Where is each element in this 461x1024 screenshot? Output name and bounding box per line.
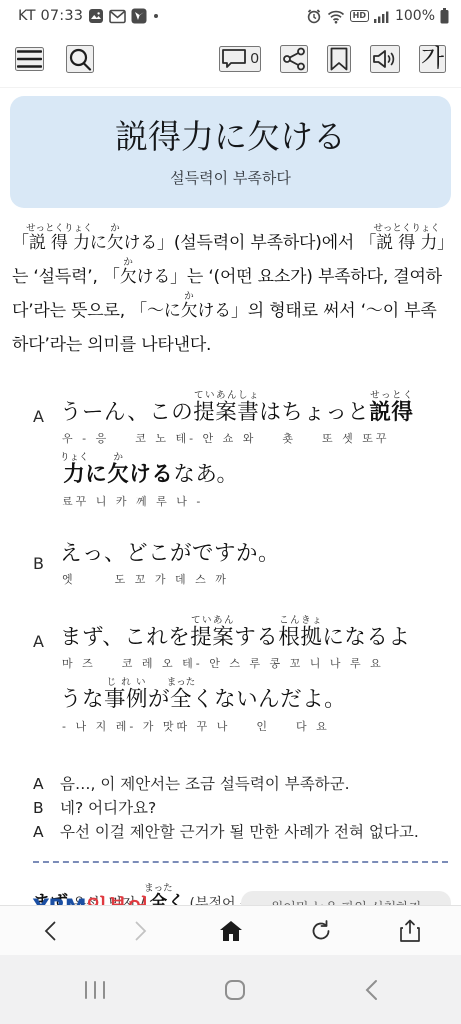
text-segment: に bbox=[90, 233, 107, 253]
text-segment: うな bbox=[60, 687, 104, 712]
back-chevron-icon[interactable] bbox=[364, 979, 378, 1001]
text-segment: 欠か bbox=[181, 301, 198, 321]
dialogue-entry: Aまず、これを提案ていあんする根拠こんきょになるよ마 즈 코 레 오 테- 안 … bbox=[33, 615, 451, 734]
more-notifications-dot bbox=[154, 14, 158, 18]
dashed-separator bbox=[33, 861, 448, 863]
recents-icon[interactable] bbox=[84, 981, 106, 999]
text-segment: くないんだよ。 bbox=[192, 687, 346, 712]
speaker-label: B bbox=[33, 537, 60, 587]
share-up-icon[interactable] bbox=[399, 919, 421, 943]
dialogue-line: うーん、この提案書ていあんしょはちょっと説得せっとく우 - 응 코 노 테- 안… bbox=[60, 390, 451, 446]
dialogue-section: Aうーん、この提案書ていあんしょはちょっと説得せっとく우 - 응 코 노 테- … bbox=[0, 390, 461, 734]
text-segment: になるよ bbox=[322, 625, 410, 650]
translation-section: A음…, 이 제안서는 조금 설득력이 부족하군.B네? 어디가요?A우선 이걸… bbox=[33, 772, 447, 844]
translation-row: A음…, 이 제안서는 조금 설득력이 부족하군. bbox=[33, 772, 447, 796]
text-segment: 欠か bbox=[107, 233, 124, 253]
comment-icon[interactable]: 0 bbox=[219, 46, 260, 72]
gallery-icon bbox=[88, 8, 104, 24]
forward-icon[interactable] bbox=[129, 920, 151, 942]
text-segment: はちょっと bbox=[259, 400, 369, 425]
dialogue-japanese-text: 力りょくに欠かけるなあ。 bbox=[60, 452, 451, 491]
text-segment: まず、これを bbox=[60, 625, 190, 650]
site-logo-main: YBM bbox=[33, 896, 86, 905]
dialogue-entry: Bえっ、どこがですか。엣 도 꼬 가 데 스 까 bbox=[33, 537, 451, 587]
battery-percent-label: 100% bbox=[395, 8, 435, 24]
text-segment: 説得せっとく bbox=[369, 400, 413, 425]
menu-icon[interactable] bbox=[15, 47, 44, 71]
text-segment: なあ。 bbox=[173, 462, 238, 487]
translation-row: A우선 이걸 제안할 근거가 될 만한 사례가 전혀 없다고. bbox=[33, 820, 447, 844]
text-segment: 欠か bbox=[120, 267, 137, 287]
translation-text: 우선 이걸 제안할 근거가 될 만한 사례가 전혀 없다고. bbox=[60, 820, 419, 844]
text-segment: 力りょく bbox=[60, 462, 85, 487]
hd-badge: HD bbox=[350, 10, 369, 22]
text-segment: 事例じれい bbox=[104, 687, 148, 712]
bookmark-icon[interactable] bbox=[327, 45, 351, 73]
dialogue-line: うな事例じれいが全まったくないんだよ。- 나 지 레- 가 맛따 꾸 나 인 다… bbox=[60, 677, 451, 733]
dialogue-japanese-text: うーん、この提案書ていあんしょはちょっと説得せっとく bbox=[60, 390, 451, 429]
dialogue-japanese-text: うな事例じれいが全まったくないんだよ。 bbox=[60, 677, 451, 716]
text-segment: ける bbox=[129, 462, 173, 487]
translation-speaker: A bbox=[33, 772, 60, 796]
gmail-icon bbox=[109, 9, 126, 24]
back-icon[interactable] bbox=[40, 920, 62, 942]
site-logo[interactable]: YBM일본어 bbox=[33, 891, 148, 905]
translation-row: B네? 어디가요? bbox=[33, 796, 447, 820]
dialogue-line: 力りょくに欠かけるなあ。료꾸 니 카 께 루 나 - bbox=[60, 452, 451, 508]
battery-icon bbox=[440, 8, 449, 24]
dialogue-line: まず、これを提案ていあんする根拠こんきょになるよ마 즈 코 레 오 테- 안 스… bbox=[60, 615, 451, 671]
text-segment: 欠か bbox=[107, 462, 129, 487]
dialogue-line: えっ、どこがですか。엣 도 꼬 가 데 스 까 bbox=[60, 537, 451, 587]
signal-icon bbox=[374, 10, 390, 23]
site-logo-sub: 일본어 bbox=[86, 896, 148, 905]
browser-toolbar: 0 가 bbox=[0, 30, 461, 88]
lesson-title: 説得力に欠ける bbox=[18, 111, 443, 158]
dialogue-lines: まず、これを提案ていあんする根拠こんきょになるよ마 즈 코 레 오 테- 안 스… bbox=[60, 615, 451, 734]
partial-cta-button[interactable]: 원어민 녹음 파일 신청하기 bbox=[241, 891, 451, 905]
text-segment: 根拠こんきょ bbox=[278, 625, 322, 650]
text-segment: する bbox=[234, 625, 278, 650]
comment-count: 0 bbox=[250, 50, 258, 67]
dialogue-pronunciation: 엣 도 꼬 가 데 스 까 bbox=[62, 571, 451, 587]
dialogue-lines: えっ、どこがですか。엣 도 꼬 가 데 스 까 bbox=[60, 537, 451, 587]
dialogue-japanese-text: まず、これを提案ていあんする根拠こんきょになるよ bbox=[60, 615, 451, 654]
status-bar: KT 07:33 HD 100% bbox=[0, 0, 461, 30]
text-segment: 提案書ていあんしょ bbox=[193, 400, 259, 425]
speaker-icon[interactable] bbox=[370, 45, 400, 73]
text-segment: 全まった bbox=[170, 687, 192, 712]
text-segment: 説得力せっとくりょく bbox=[376, 233, 437, 253]
search-icon[interactable] bbox=[66, 45, 94, 73]
text-segment: 提案ていあん bbox=[190, 625, 234, 650]
lesson-title-card: 説得力に欠ける 설득력이 부족하다 bbox=[10, 96, 451, 208]
text-segment: に bbox=[85, 462, 107, 487]
dialogue-pronunciation: 마 즈 코 레 오 테- 안 스 루 콩 꼬 니 나 루 요 bbox=[62, 655, 451, 671]
browser-nav-bar bbox=[0, 905, 461, 955]
page-content[interactable]: 説得力に欠ける 설득력이 부족하다 「説得力せっとくりょくに欠かける」(설득력이… bbox=[0, 89, 461, 905]
wifi-icon bbox=[327, 9, 345, 24]
translation-text: 음…, 이 제안서는 조금 설득력이 부족하군. bbox=[60, 772, 350, 796]
text-segment: うーん、この bbox=[60, 400, 193, 425]
speaker-label: A bbox=[33, 615, 60, 734]
alarm-icon bbox=[306, 8, 322, 24]
font-size-button[interactable]: 가 bbox=[419, 45, 446, 73]
dialogue-entry: Aうーん、この提案書ていあんしょはちょっと説得せっとく우 - 응 코 노 테- … bbox=[33, 390, 451, 509]
home-icon[interactable] bbox=[219, 920, 243, 942]
video-app-icon bbox=[131, 8, 147, 24]
dialogue-pronunciation: - 나 지 레- 가 맛따 꾸 나 인 다 요 bbox=[62, 718, 451, 734]
refresh-icon[interactable] bbox=[310, 920, 332, 942]
lesson-explanation: 「説得力せっとくりょくに欠かける」(설득력이 부족하다)에서 「説得力せっとくり… bbox=[12, 223, 449, 362]
text-segment: ける」(설득력이 부족하다)에서 「 bbox=[123, 233, 376, 253]
android-nav-bar bbox=[0, 955, 461, 1024]
translation-speaker: B bbox=[33, 796, 60, 820]
footer-row: YBM일본어 원어민 녹음 파일 신청하기 bbox=[33, 891, 451, 905]
lesson-subtitle: 설득력이 부족하다 bbox=[18, 167, 443, 188]
text-segment: えっ、どこがですか。 bbox=[60, 541, 280, 566]
speaker-label: A bbox=[33, 390, 60, 509]
dialogue-japanese-text: えっ、どこがですか。 bbox=[60, 537, 451, 570]
translation-text: 네? 어디가요? bbox=[60, 796, 156, 820]
phone-screen: KT 07:33 HD 100% bbox=[0, 0, 461, 1024]
share-icon[interactable] bbox=[280, 45, 308, 73]
carrier-time-label: KT 07:33 bbox=[18, 8, 83, 24]
dialogue-lines: うーん、この提案書ていあんしょはちょっと説得せっとく우 - 응 코 노 테- 안… bbox=[60, 390, 451, 509]
home-pill-icon[interactable] bbox=[224, 979, 246, 1001]
text-segment: 説得力せっとくりょく bbox=[29, 233, 90, 253]
translation-speaker: A bbox=[33, 820, 60, 844]
dialogue-pronunciation: 우 - 응 코 노 테- 안 쇼 와 춋 또 셋 또꾸 bbox=[62, 430, 451, 446]
dialogue-pronunciation: 료꾸 니 카 께 루 나 - bbox=[62, 493, 451, 509]
